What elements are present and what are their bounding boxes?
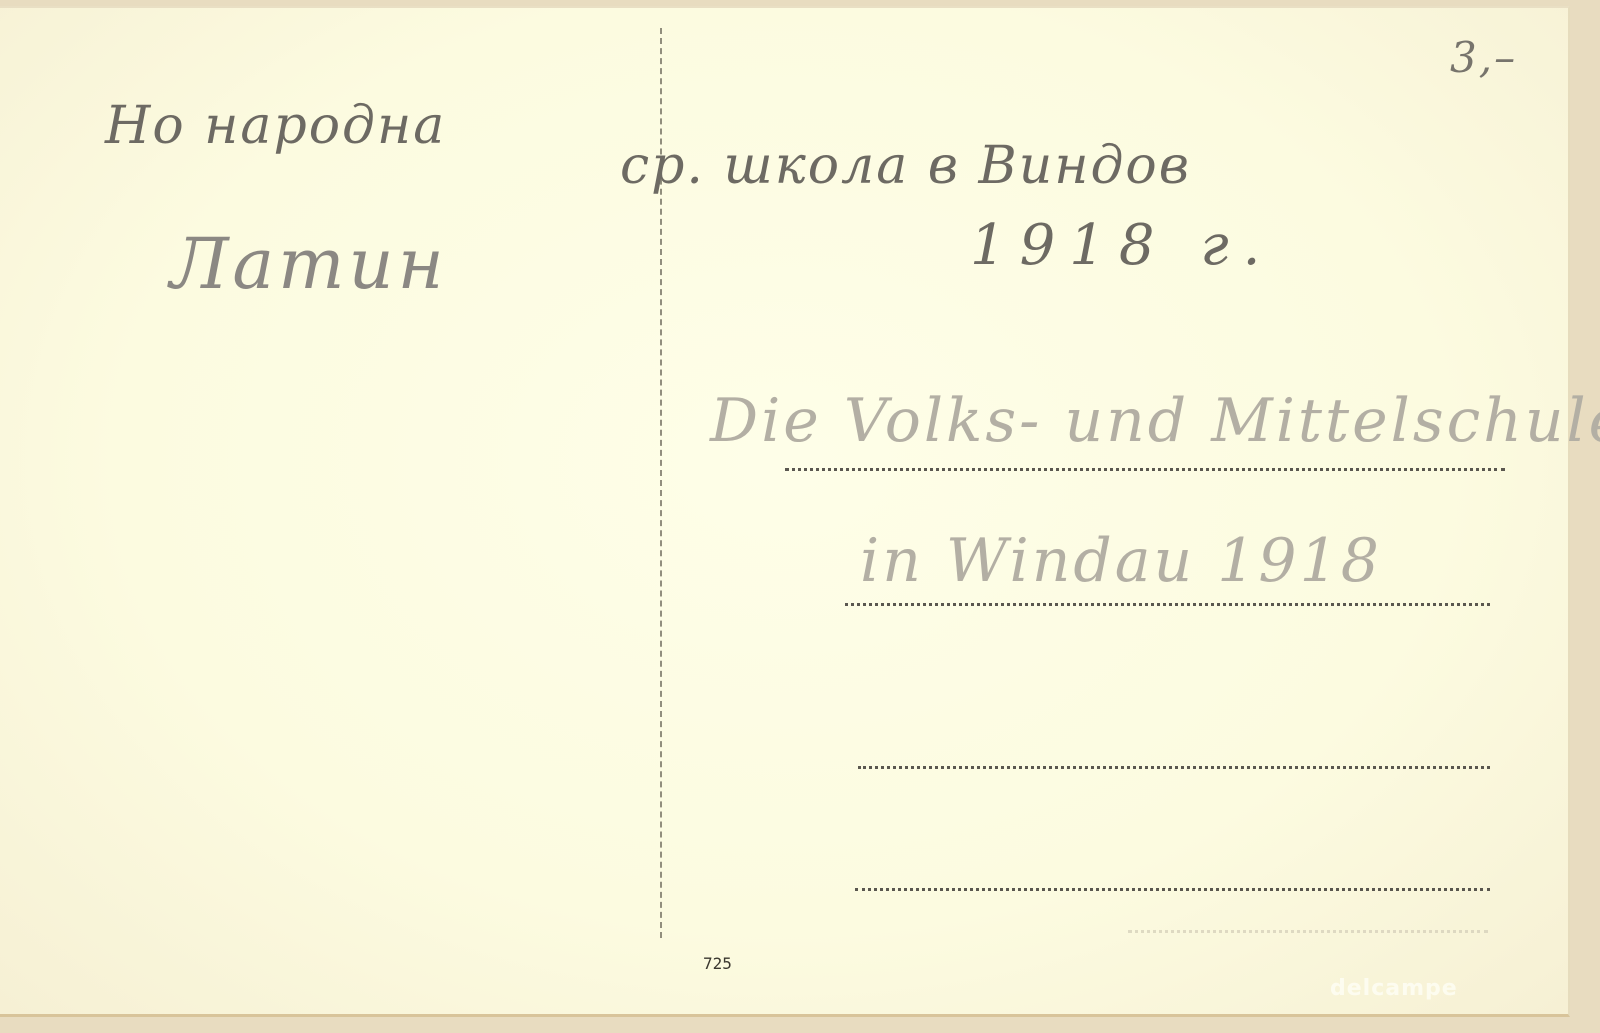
address-line-1 [785,468,1505,471]
handwritten-line-1: Но народна [105,96,446,156]
address-line-4 [855,888,1490,891]
postcard-back: Но народна ср. школа в Виндов 1918 г. Ла… [0,6,1570,1017]
price-mark: 3,– [1450,33,1517,82]
address-line-2 [845,603,1490,606]
signature: Латин [170,223,448,305]
printed-code: 725 [703,954,732,973]
pencil-caption-line-1: Die Volks- und Mittelschule [710,386,1600,456]
handwritten-year: 1918 г. [970,213,1274,278]
watermark: delcampe [1330,976,1458,1001]
faint-printed-line [1128,930,1488,933]
pencil-caption-line-2: in Windau 1918 [860,526,1382,596]
address-line-3 [858,766,1490,769]
handwritten-line-2: ср. школа в Виндов [620,136,1191,196]
